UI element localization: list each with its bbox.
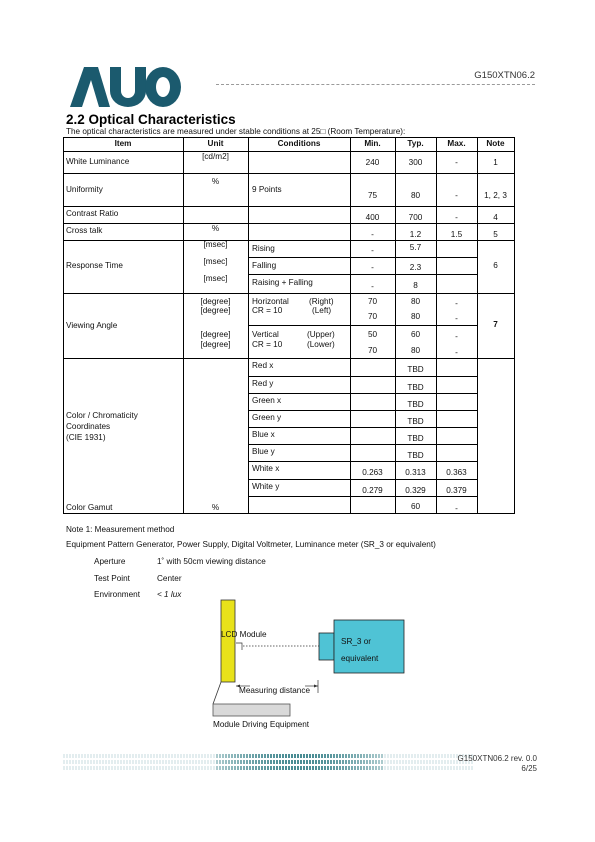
va-v-max-1: - [436, 332, 477, 342]
va-v-min-1: 50 [350, 330, 395, 340]
chroma-row-min: 0.263 [350, 468, 395, 478]
note1-title: Note 1: Measurement method [66, 525, 174, 534]
table-rule [63, 223, 514, 224]
arrowhead-icon [314, 685, 318, 688]
va-v-cond-2: CR = 10 [252, 340, 282, 350]
optical-characteristics-table: Item Unit Conditions Min. Typ. Max. Note… [63, 137, 514, 513]
lcd-module-label: LCD Module [221, 630, 267, 639]
table-rule [63, 358, 514, 359]
param-environment-value: < 1 lux [157, 590, 181, 599]
va-h-min-1: 70 [350, 297, 395, 307]
va-h-cond-2-dir: (Left) [312, 306, 331, 316]
lcd-module-shape [221, 600, 235, 682]
table-rule [63, 151, 514, 152]
table-rule [248, 461, 477, 462]
table-border-top [63, 137, 514, 138]
row-white-luminance-typ: 300 [395, 158, 436, 168]
response-falling-conditions: Falling [252, 261, 276, 271]
chroma-row-conditions: Blue x [252, 430, 275, 440]
row-uniformity-note: 1, 2, 3 [477, 191, 514, 201]
driving-equipment-shape [213, 704, 290, 716]
table-rule [63, 206, 514, 207]
header-divider [216, 84, 535, 85]
response-falling-min: - [350, 263, 395, 273]
probe-bracket [236, 643, 242, 650]
row-crosstalk-max: 1.5 [436, 230, 477, 240]
response-rising-conditions: Rising [252, 244, 275, 254]
chroma-row-conditions: Red y [252, 379, 273, 389]
note1-equipment: Equipment Pattern Generator, Power Suppl… [66, 540, 436, 549]
table-rule [248, 325, 477, 326]
row-uniformity-min: 75 [350, 191, 395, 201]
va-v-cond-2-dir: (Lower) [307, 340, 335, 350]
table-rule [248, 393, 477, 394]
va-h-min-2: 70 [350, 312, 395, 322]
chroma-item-line3: (CIE 1931) [66, 433, 106, 443]
row-white-luminance-note: 1 [477, 158, 514, 168]
row-color-gamut-typ: 60 [395, 502, 436, 512]
meter-label-line2: equivalent [341, 654, 378, 663]
response-rising-unit: [msec] [183, 240, 248, 250]
auo-logo [70, 67, 181, 107]
row-contrast-item: Contrast Ratio [66, 209, 118, 219]
col-header-min: Min. [350, 139, 395, 149]
va-h-typ-2: 80 [395, 312, 436, 322]
chroma-row-max: 0.363 [436, 468, 477, 478]
row-response-item: Response Time [66, 261, 123, 271]
row-contrast-note: 4 [477, 213, 514, 223]
table-border-left [63, 137, 64, 514]
table-rule [248, 427, 477, 428]
table-rule [248, 479, 477, 480]
stand-line [213, 682, 221, 704]
chroma-row-conditions: Green y [252, 413, 281, 423]
chroma-row-conditions: Green x [252, 396, 281, 406]
chroma-row-typ: 0.313 [395, 468, 436, 478]
table-rule [63, 240, 514, 241]
row-white-luminance-min: 240 [350, 158, 395, 168]
table-border-right [514, 137, 515, 514]
param-environment-label: Environment [94, 590, 140, 599]
chroma-row-conditions: White x [252, 464, 279, 474]
meter-lens-shape [319, 633, 334, 660]
section-intro: The optical characteristics are measured… [66, 127, 405, 136]
table-rule [248, 410, 477, 411]
measuring-distance-label: Measuring distance [239, 686, 310, 695]
response-total-unit: [msec] [183, 274, 248, 284]
response-rising-min: - [350, 246, 395, 256]
table-col-rule [183, 137, 184, 514]
row-white-luminance-item: White Luminance [66, 157, 129, 167]
va-v-min-2: 70 [350, 346, 395, 356]
col-header-max: Max. [436, 139, 477, 149]
chroma-row-min: 0.279 [350, 486, 395, 496]
param-aperture-label: Aperture [94, 557, 125, 566]
param-aperture-value: 1˚ with 50cm viewing distance [157, 557, 266, 566]
va-v-typ-1: 60 [395, 330, 436, 340]
chroma-row-typ: 0.329 [395, 486, 436, 496]
table-rule [248, 444, 477, 445]
va-h-cond-2: CR = 10 [252, 306, 282, 316]
va-v-typ-2: 80 [395, 346, 436, 356]
row-crosstalk-item: Cross talk [66, 226, 102, 236]
footer-decorative-band [63, 753, 473, 770]
driving-equipment-label: Module Driving Equipment [213, 720, 309, 729]
chroma-row-conditions: Blue y [252, 447, 275, 457]
row-crosstalk-typ: 1.2 [395, 230, 436, 240]
row-viewing-angle-note: 7 [477, 320, 514, 330]
response-total-typ: 8 [395, 281, 436, 291]
va-v-unit-2: [degree] [183, 340, 248, 350]
chroma-row-typ: TBD [395, 451, 436, 461]
chroma-row-typ: TBD [395, 417, 436, 427]
param-testpoint-label: Test Point [94, 574, 130, 583]
table-col-rule [248, 137, 249, 514]
col-header-item: Item [63, 139, 183, 149]
row-viewing-angle-item: Viewing Angle [66, 321, 117, 331]
chroma-row-typ: TBD [395, 365, 436, 375]
va-h-typ-1: 80 [395, 297, 436, 307]
table-rule [248, 496, 477, 497]
footer-model-revision: G150XTN06.2 rev. 0.0 [458, 754, 537, 763]
va-h-max-2: - [436, 314, 477, 324]
row-uniformity-unit: % [183, 177, 248, 187]
chroma-row-conditions: White y [252, 482, 279, 492]
va-v-unit-1: [degree] [183, 330, 248, 340]
row-crosstalk-min: - [350, 230, 395, 240]
response-rising-typ: 5.7 [395, 243, 436, 253]
va-v-cond-1-dir: (Upper) [307, 330, 335, 340]
row-uniformity-item: Uniformity [66, 185, 103, 195]
section-title: 2.2 Optical Characteristics [66, 112, 236, 127]
va-v-max-2: - [436, 348, 477, 358]
response-falling-typ: 2.3 [395, 263, 436, 273]
col-header-typ: Typ. [395, 139, 436, 149]
row-response-note: 6 [477, 261, 514, 271]
table-rule [63, 173, 514, 174]
row-color-gamut-unit: % [183, 503, 248, 513]
table-rule [248, 257, 477, 258]
va-v-cond-1: Vertical [252, 330, 279, 340]
va-h-max-1: - [436, 299, 477, 309]
row-crosstalk-unit: % [183, 224, 248, 234]
col-header-conditions: Conditions [248, 139, 350, 149]
row-color-gamut-max: - [436, 504, 477, 514]
table-rule [248, 376, 477, 377]
chroma-row-max: 0.379 [436, 486, 477, 496]
document-model-number: G150XTN06.2 [474, 70, 535, 81]
response-total-min: - [350, 282, 395, 292]
luminance-meter-shape [334, 620, 404, 673]
meter-label-line1: SR_3 or [341, 637, 371, 646]
page-number: 6/25 [521, 764, 537, 773]
row-crosstalk-note: 5 [477, 230, 514, 240]
chroma-row-typ: TBD [395, 400, 436, 410]
col-header-note: Note [477, 139, 514, 149]
chroma-row-conditions: Red x [252, 361, 273, 371]
row-white-luminance-unit: [cd/m2] [183, 152, 248, 162]
chroma-row-typ: TBD [395, 383, 436, 393]
row-uniformity-max: - [436, 191, 477, 201]
va-h-unit-2: [degree] [183, 306, 248, 316]
response-total-conditions: Raising + Falling [252, 278, 313, 288]
chroma-item-line2: Coordinates [66, 422, 110, 432]
col-header-unit: Unit [183, 139, 248, 149]
row-contrast-min: 400 [350, 213, 395, 223]
row-color-gamut-item: Color Gamut [66, 503, 112, 513]
table-rule [248, 274, 477, 275]
chroma-row-typ: TBD [395, 434, 436, 444]
table-rule [63, 293, 514, 294]
row-uniformity-typ: 80 [395, 191, 436, 201]
row-contrast-max: - [436, 213, 477, 223]
row-white-luminance-max: - [436, 158, 477, 168]
param-testpoint-value: Center [157, 574, 182, 583]
row-contrast-typ: 700 [395, 213, 436, 223]
chroma-item-line1: Color / Chromaticity [66, 411, 138, 421]
response-falling-unit: [msec] [183, 257, 248, 267]
row-uniformity-conditions: 9 Points [252, 185, 282, 195]
